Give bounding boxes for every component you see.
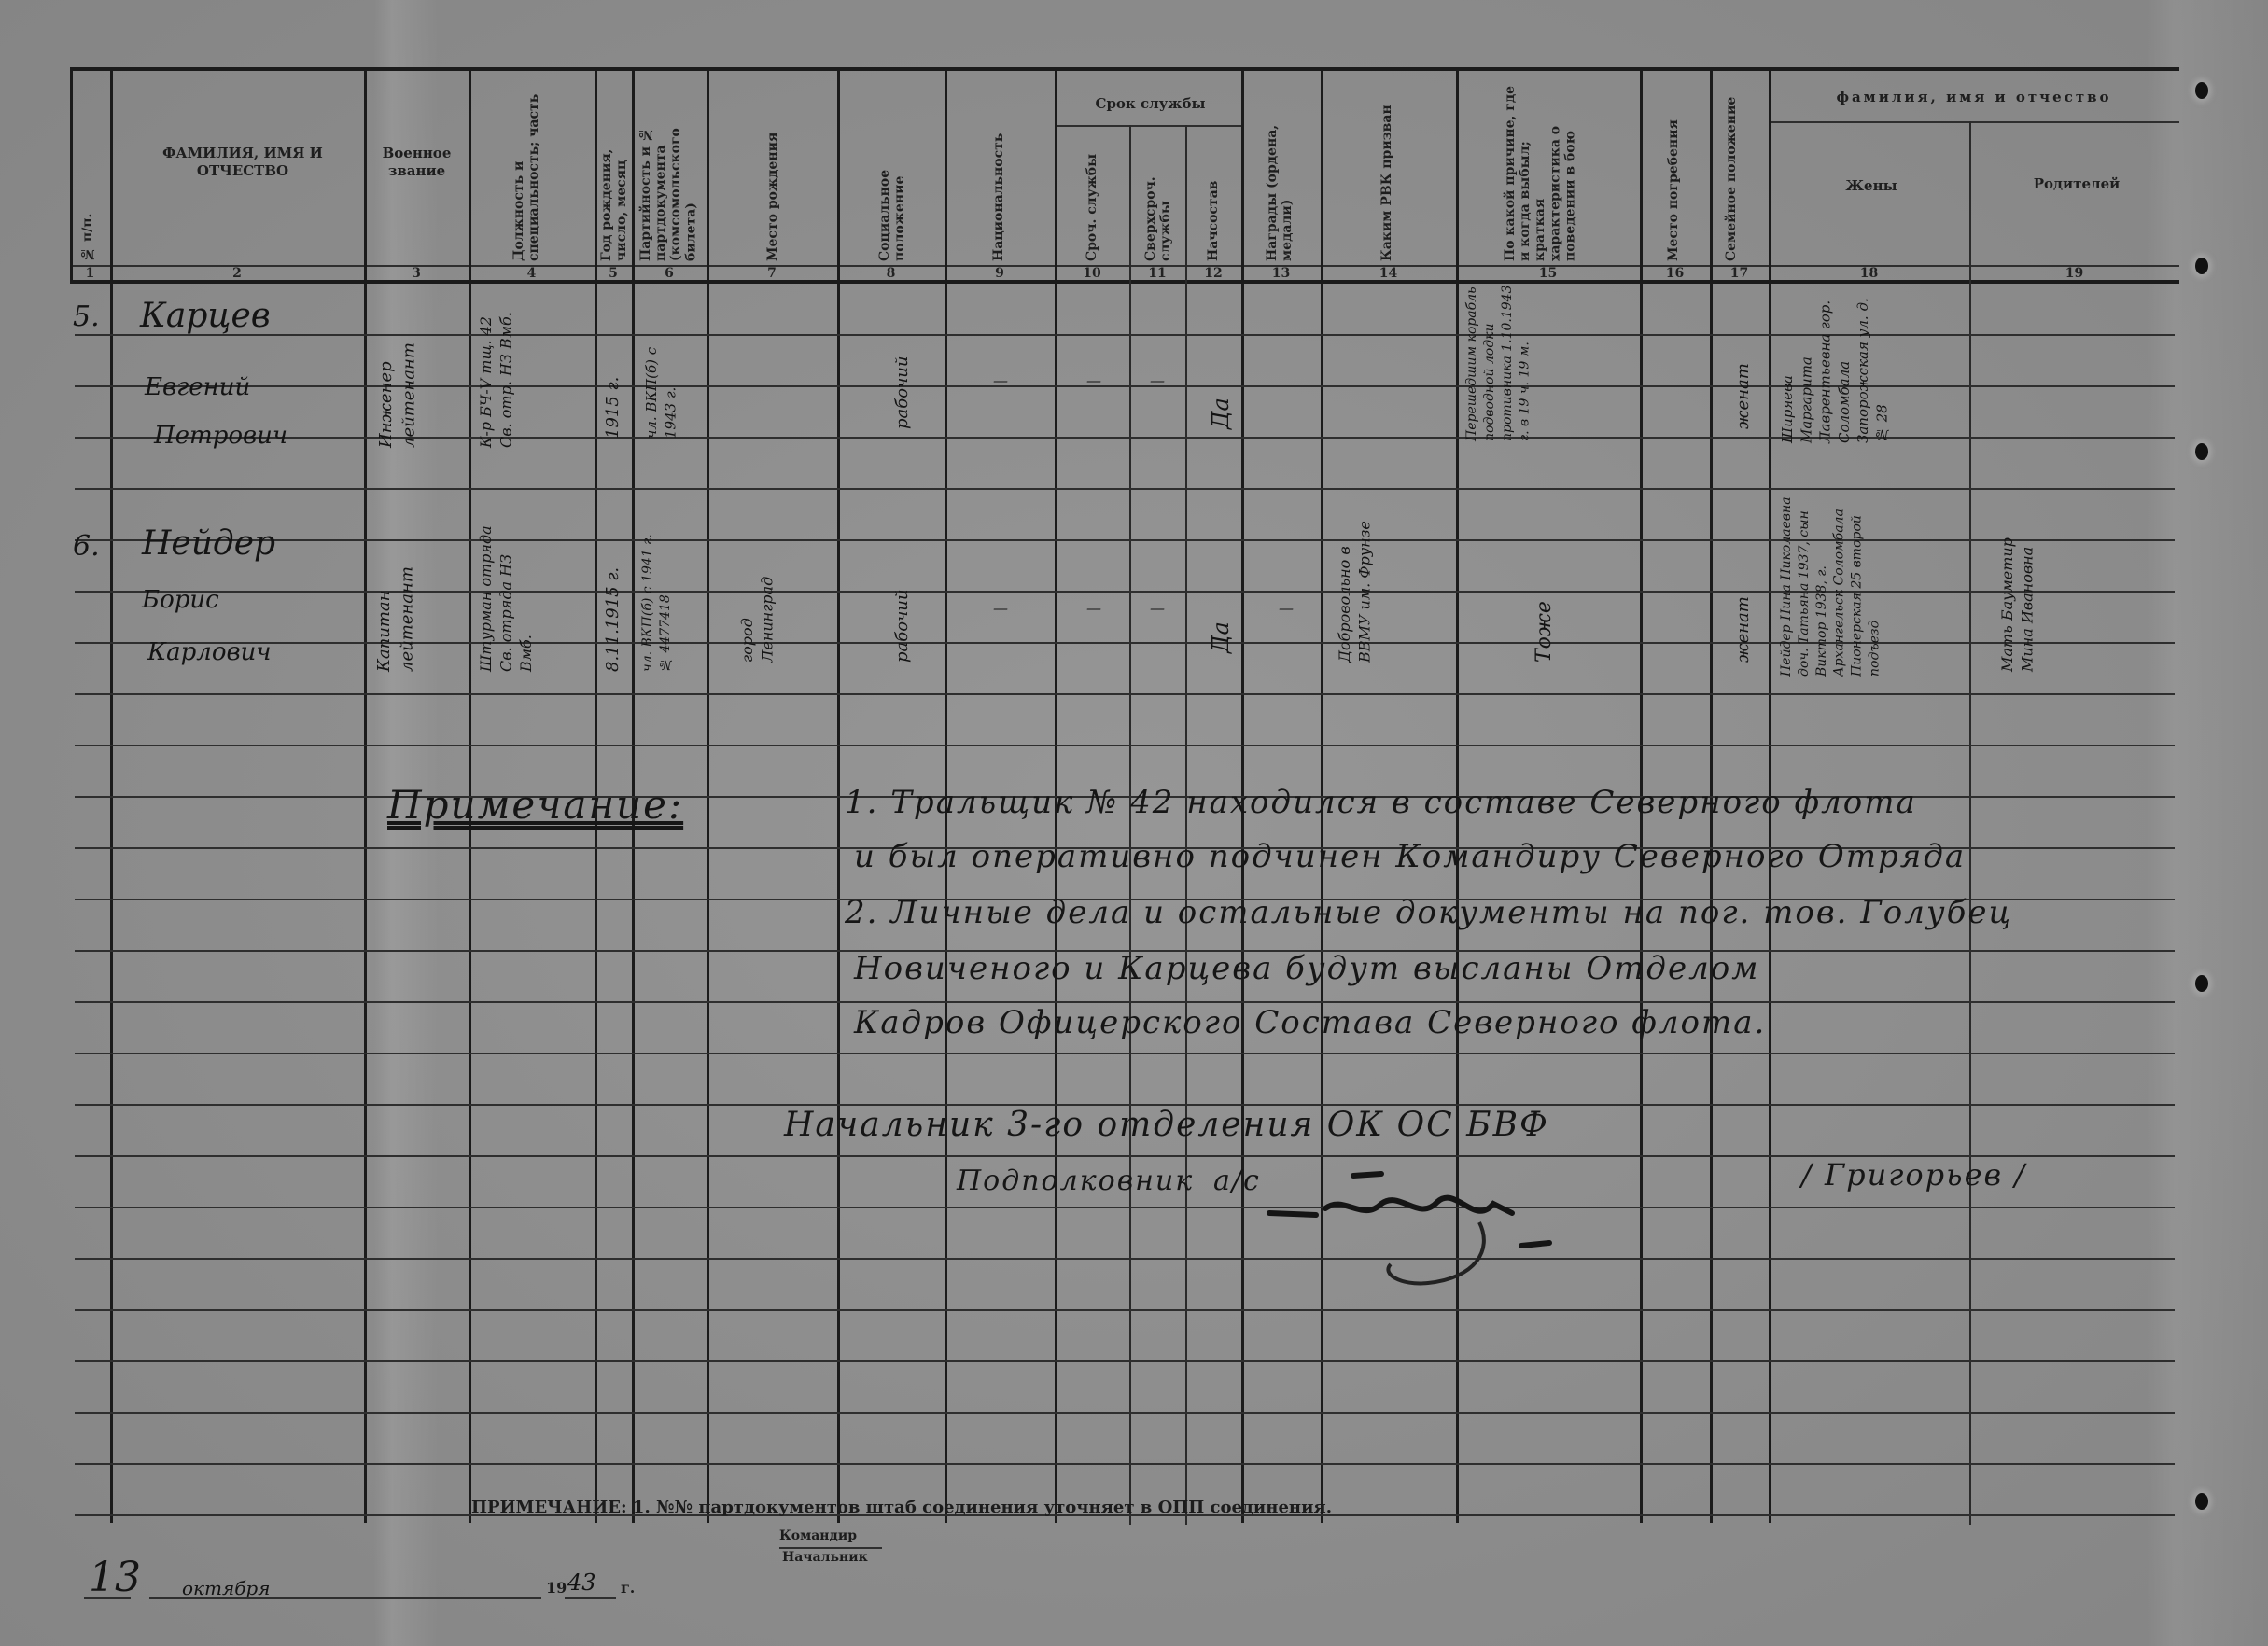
column-number: 17: [1710, 266, 1769, 281]
date-day: 13: [89, 1554, 141, 1601]
column-rule: [364, 67, 367, 1523]
column-number: 7: [707, 266, 837, 281]
col-6-header: Партийность и № партдокумента (комсомоль…: [638, 84, 698, 261]
column-number: 2: [110, 266, 364, 281]
col-7-header: Место рождения: [765, 112, 780, 261]
loss-reason: Перешедшим корабль подводной лодки проти…: [1463, 283, 1631, 441]
note-line: Кадров Офицерского Состава Северного фло…: [854, 1004, 1766, 1041]
date-g: г.: [621, 1579, 635, 1597]
extended-service: —: [1150, 371, 1165, 389]
row-rule: [75, 1360, 2175, 1362]
binder-hole: [2195, 82, 2208, 99]
binder-hole: [2195, 975, 2208, 992]
first-name: Евгений: [145, 373, 250, 401]
column-number: 18: [1769, 266, 1969, 281]
social-status: рабочий: [891, 551, 914, 663]
note-title: Примечание:: [387, 782, 683, 828]
column-number: 9: [945, 266, 1055, 281]
col-17-header: Семейное положение: [1724, 93, 1757, 261]
column-rule: [70, 67, 73, 282]
nationality: —: [993, 371, 1008, 389]
rank: Инженер лейтенант: [375, 308, 435, 448]
birth-date: 8.11.1915 г.: [602, 523, 624, 672]
date-year-suffix: 43: [567, 1569, 596, 1596]
column-number: 11: [1129, 266, 1185, 281]
date-year-prefix: 19: [546, 1579, 567, 1597]
col-16-header: Место погребения: [1666, 93, 1681, 261]
party: чл. ВКП(б) с 1943 г.: [642, 317, 698, 439]
command-staff: Да: [1206, 373, 1236, 429]
signature-icon: [1260, 1157, 1568, 1297]
column-number: 3: [364, 266, 469, 281]
family-status: женат: [1732, 308, 1755, 429]
row-rule: [75, 693, 2175, 695]
row-rule: [75, 1463, 2175, 1465]
signature-scribble: [1260, 1157, 1568, 1297]
note-line: Новиченого и Карцева будут высланы Отдел…: [854, 950, 1759, 987]
col-9-header: Национальность: [991, 121, 1006, 261]
service-group-rule: [1057, 125, 1241, 127]
names-group-header: фамилия, имя и отчество: [1783, 89, 2165, 106]
column-number: 12: [1185, 266, 1241, 281]
signer-rank: Подполковник: [957, 1165, 1194, 1197]
binder-hole: [2195, 1493, 2208, 1510]
draft-office: Добровольно в ВВМУ им. Фрунзе: [1335, 513, 1428, 663]
col-1-header: № п/п.: [80, 187, 95, 261]
column-number: 15: [1456, 266, 1640, 281]
parents: Мать Бауметир Мина Ивановна: [1997, 532, 2091, 672]
binder-hole: [2195, 258, 2208, 274]
extended-service: —: [1150, 599, 1165, 617]
col-5-header: Год рождения, число, месяц: [599, 140, 631, 261]
col-3-header: Военное звание: [377, 145, 456, 180]
col-12-header: Начсостав: [1206, 159, 1221, 261]
family-status: женат: [1732, 560, 1755, 663]
surname: Нейдер: [142, 524, 275, 563]
column-rule: [707, 67, 709, 1523]
date-month-rule: [149, 1597, 541, 1599]
row-rule: [75, 745, 2175, 746]
col-4-header: Должность и специальность; часть: [511, 84, 549, 261]
col-15-header: По какой причине, где и когда выбыл; кра…: [1503, 82, 1587, 261]
patronymic: Карлович: [147, 638, 272, 666]
birth-year: 1915 г.: [602, 336, 624, 439]
date-month: октября: [182, 1577, 270, 1599]
column-number: 14: [1321, 266, 1456, 281]
column-number: 4: [469, 266, 595, 281]
social-status: рабочий: [891, 317, 914, 429]
signer-mark: а/с: [1213, 1165, 1261, 1197]
col-11-header: Сверхсроч. службы: [1143, 140, 1177, 261]
wife: Ширяева Маргарита Лаврентьевна гор. Соло…: [1778, 285, 1965, 443]
commander-label: Командир: [779, 1528, 857, 1543]
urgent-service: —: [1086, 371, 1101, 389]
col-10-header: Сроч. службы: [1085, 140, 1099, 261]
column-number: 19: [1969, 266, 2179, 281]
row-rule: [75, 1309, 2175, 1311]
signer-name: / Григорьев /: [1801, 1157, 2026, 1193]
column-rule: [837, 67, 840, 1523]
awards: —: [1279, 599, 1294, 617]
position: Штурман отряда Св. отряда НЗ Вмб.: [476, 523, 569, 672]
date-year-rule: [565, 1597, 616, 1599]
col-18-header: Жены: [1829, 177, 1913, 195]
column-number: 8: [837, 266, 945, 281]
signer-title: Начальник 3-го отделения ОК ОС БВФ: [784, 1106, 1549, 1144]
column-number: 6: [632, 266, 707, 281]
chief-label: Начальник: [782, 1550, 868, 1565]
first-name: Борис: [142, 586, 219, 614]
row-rule: [75, 1001, 2175, 1003]
column-number: 5: [595, 266, 632, 281]
commander-rule: [779, 1547, 882, 1549]
names-group-rule: [1771, 121, 2179, 123]
printed-footnote: ПРИМЕЧАНИЕ: 1. №№ партдокументов штаб со…: [471, 1498, 1332, 1517]
note-line: 2. Личные дела и остальные документы на …: [845, 894, 2012, 931]
rank: Капитан лейтенант: [373, 532, 433, 672]
row-rule: [75, 1053, 2175, 1054]
row-rule: [75, 1412, 2175, 1414]
column-number: 16: [1640, 266, 1710, 281]
row-number: 5.: [73, 300, 100, 333]
col-19-header: Родителей: [2025, 175, 2128, 193]
column-number: 13: [1241, 266, 1321, 281]
note-line: 1. Тральщик № 42 находился в составе Сев…: [845, 784, 1917, 821]
command-staff: Да: [1206, 597, 1236, 653]
col-13-header: Награды (ордена, медали): [1265, 103, 1302, 261]
nationality: —: [993, 599, 1008, 617]
column-number: 1: [70, 266, 110, 281]
row-rule: [75, 1258, 2175, 1260]
column-rule: [1969, 121, 1971, 1525]
position: К-р БЧ-V тщ. 42 Св. отр. НЗ Вмб.: [476, 299, 569, 448]
date-day-rule: [84, 1597, 131, 1599]
row-rule: [75, 1207, 2175, 1208]
wife: Нейдер Нина Николаевна доч. Татьяна 1937…: [1778, 490, 1965, 677]
column-number: 10: [1055, 266, 1129, 281]
column-rule: [110, 67, 113, 1523]
col-14-header: Каким РВК призван: [1379, 84, 1394, 261]
service-group-header: Срок службы: [1064, 95, 1237, 113]
table-top-rule: [70, 67, 2179, 71]
surname: Карцев: [140, 297, 271, 335]
loss-reason: Тоже: [1531, 560, 1559, 663]
urgent-service: —: [1086, 599, 1101, 617]
binder-hole: [2195, 443, 2208, 460]
party: чл. ВКП(б) с 1941 г. № 4477418: [639, 523, 701, 672]
birthplace: город Ленинград: [737, 551, 793, 663]
col-2-header: ФАМИЛИЯ, ИМЯ И ОТЧЕСТВО: [140, 145, 345, 180]
patronymic: Петрович: [154, 422, 287, 450]
col-8-header: Социальное положение: [877, 112, 915, 261]
row-number: 6.: [73, 530, 100, 563]
note-line: и был оперативно подчинен Командиру Севе…: [854, 838, 1966, 875]
